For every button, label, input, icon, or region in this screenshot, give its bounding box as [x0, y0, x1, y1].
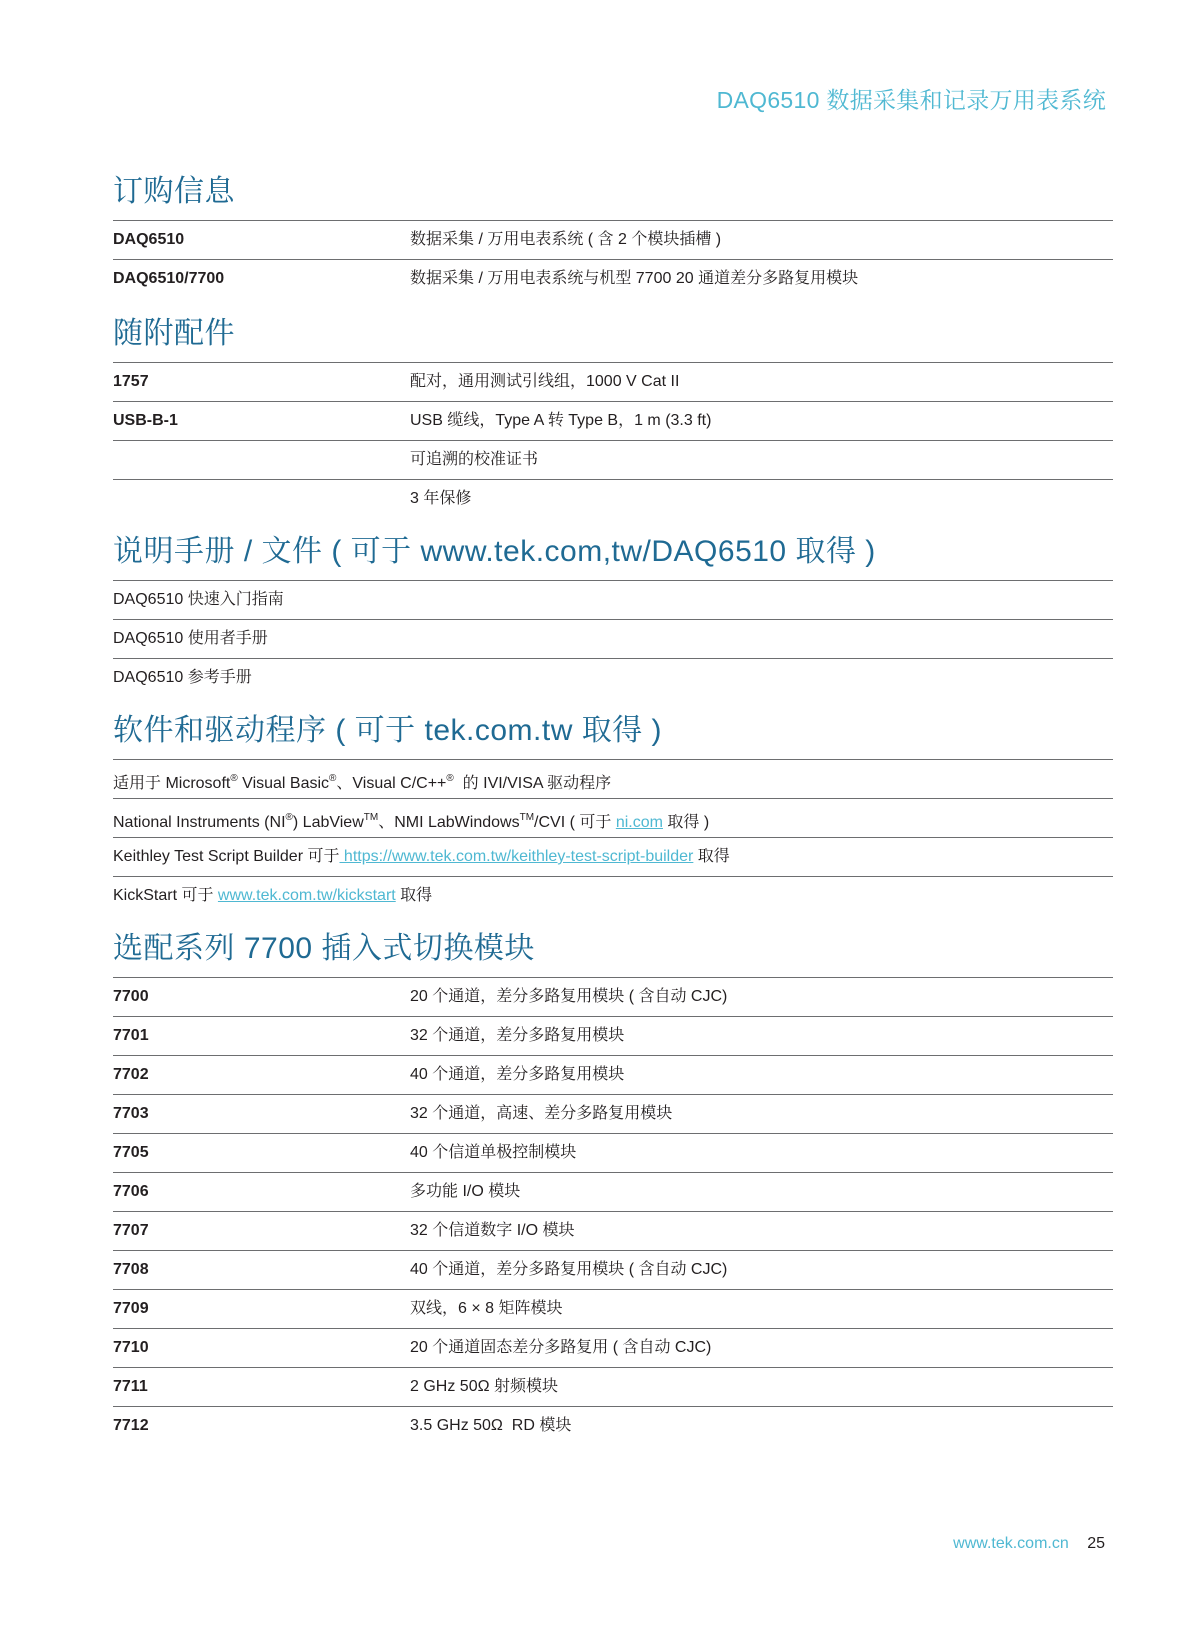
page-header-title: DAQ6510 数据采集和记录万用表系统 — [717, 82, 1106, 115]
module-description: 20 个通道，差分多路复用模块 ( 含自动 CJC) — [410, 978, 1113, 1016]
table-row: DAQ6510/7700 数据采集 / 万用电表系统与机型 7700 20 通道… — [113, 260, 1113, 298]
table-row: Keithley Test Script Builder 可于 https://… — [113, 838, 1113, 877]
section-software: 软件和驱动程序 ( 可于 tek.com.tw 取得 ) 适用于 Microso… — [113, 707, 1113, 915]
manual-title: DAQ6510 参考手册 — [113, 659, 1113, 697]
section-title: 选配系列 7700 插入式切换模块 — [113, 925, 1113, 977]
section-title: 订购信息 — [113, 168, 1113, 220]
tsb-text: Keithley Test Script Builder 可于 https://… — [113, 838, 1113, 876]
model-description: 数据采集 / 万用电表系统 ( 含 2 个模块插槽 ) — [410, 221, 1113, 259]
module-description: 32 个通道，差分多路复用模块 — [410, 1017, 1113, 1055]
registered-mark: ® — [230, 773, 237, 784]
table-row: KickStart 可于 www.tek.com.tw/kickstart 取得 — [113, 877, 1113, 915]
module-description: 40 个通道，差分多路复用模块 ( 含自动 CJC) — [410, 1251, 1113, 1289]
manuals-table: DAQ6510 快速入门指南 DAQ6510 使用者手册 DAQ6510 参考手… — [113, 580, 1113, 697]
module-description: 多功能 I/O 模块 — [410, 1173, 1113, 1211]
module-number: 7701 — [113, 1017, 410, 1055]
test-script-builder-link[interactable]: https://www.tek.com.tw/keithley-test-scr… — [339, 848, 693, 865]
model-number: DAQ6510 — [113, 221, 410, 259]
table-row: 可追溯的校准证书 — [113, 441, 1113, 480]
model-number: DAQ6510/7700 — [113, 260, 410, 298]
manual-title: DAQ6510 使用者手册 — [113, 620, 1113, 658]
accessory-number: USB-B-1 — [113, 402, 410, 440]
accessory-number — [113, 441, 410, 479]
ni-com-link[interactable]: ni.com — [616, 814, 663, 831]
module-description: 32 个信道数字 I/O 模块 — [410, 1212, 1113, 1250]
module-description: 40 个信道单极控制模块 — [410, 1134, 1113, 1172]
section-title: 随附配件 — [113, 310, 1113, 362]
section-title: 说明手册 / 文件 ( 可于 www.tek.com,tw/DAQ6510 取得… — [113, 528, 1113, 580]
kickstart-text: KickStart 可于 www.tek.com.tw/kickstart 取得 — [113, 877, 1113, 915]
table-row: 770132 个通道，差分多路复用模块 — [113, 1017, 1113, 1056]
manual-title: DAQ6510 快速入门指南 — [113, 581, 1113, 619]
text-part: /CVI ( 可于 — [534, 814, 616, 831]
module-number: 7712 — [113, 1407, 410, 1445]
table-row: 3 年保修 — [113, 480, 1113, 518]
accessory-description: 配对，通用测试引线组，1000 V Cat II — [410, 363, 1113, 401]
ivi-driver-text: 适用于 Microsoft® Visual Basic®、Visual C/C+… — [113, 760, 1113, 798]
module-description: 32 个通道，高速、差分多路复用模块 — [410, 1095, 1113, 1133]
text-part: Visual Basic — [238, 775, 329, 792]
software-table: 适用于 Microsoft® Visual Basic®、Visual C/C+… — [113, 759, 1113, 915]
text-part: KickStart 可于 — [113, 887, 218, 904]
model-description: 数据采集 / 万用电表系统与机型 7700 20 通道差分多路复用模块 — [410, 260, 1113, 298]
table-row: USB-B-1 USB 缆线，Type A 转 Type B，1 m (3.3 … — [113, 402, 1113, 441]
section-manuals: 说明手册 / 文件 ( 可于 www.tek.com,tw/DAQ6510 取得… — [113, 528, 1113, 697]
table-row: 770332 个通道，高速、差分多路复用模块 — [113, 1095, 1113, 1134]
text-part: 的 IVI/VISA 驱动程序 — [454, 775, 611, 792]
table-row: 770240 个通道，差分多路复用模块 — [113, 1056, 1113, 1095]
table-row: 771020 个通道固态差分多路复用 ( 含自动 CJC) — [113, 1329, 1113, 1368]
text-part: Keithley Test Script Builder 可于 — [113, 848, 339, 865]
module-description: 2 GHz 50Ω 射频模块 — [410, 1368, 1113, 1406]
registered-mark: ® — [286, 812, 293, 823]
table-row: DAQ6510 快速入门指南 — [113, 581, 1113, 620]
section-accessories: 随附配件 1757 配对，通用测试引线组，1000 V Cat II USB-B… — [113, 310, 1113, 518]
text-part: 取得 — [396, 887, 432, 904]
accessory-number — [113, 480, 410, 518]
table-row: National Instruments (NI®) LabViewTM、NMI… — [113, 799, 1113, 838]
kickstart-link[interactable]: www.tek.com.tw/kickstart — [218, 887, 396, 904]
table-row: 77123.5 GHz 50Ω RD 模块 — [113, 1407, 1113, 1445]
ni-driver-text: National Instruments (NI®) LabViewTM、NMI… — [113, 799, 1113, 837]
module-number: 7703 — [113, 1095, 410, 1133]
table-row: 770840 个通道，差分多路复用模块 ( 含自动 CJC) — [113, 1251, 1113, 1290]
table-row: 770732 个信道数字 I/O 模块 — [113, 1212, 1113, 1251]
section-title: 软件和驱动程序 ( 可于 tek.com.tw 取得 ) — [113, 707, 1113, 759]
module-number: 7710 — [113, 1329, 410, 1367]
module-description: 3.5 GHz 50Ω RD 模块 — [410, 1407, 1113, 1445]
page-footer: www.tek.com.cn 25 — [953, 1535, 1105, 1553]
table-row: DAQ6510 使用者手册 — [113, 620, 1113, 659]
trademark: TM — [520, 812, 534, 823]
accessory-description: 3 年保修 — [410, 480, 1113, 518]
table-row: 7709双线，6 × 8 矩阵模块 — [113, 1290, 1113, 1329]
registered-mark: ® — [446, 773, 453, 784]
page-content: 订购信息 DAQ6510 数据采集 / 万用电表系统 ( 含 2 个模块插槽 )… — [113, 168, 1113, 1455]
accessory-number: 1757 — [113, 363, 410, 401]
text-part: 、NMI LabWindows — [378, 814, 519, 831]
module-description: 双线，6 × 8 矩阵模块 — [410, 1290, 1113, 1328]
section-optional-modules: 选配系列 7700 插入式切换模块 770020 个通道，差分多路复用模块 ( … — [113, 925, 1113, 1445]
table-row: 7706多功能 I/O 模块 — [113, 1173, 1113, 1212]
module-number: 7702 — [113, 1056, 410, 1094]
module-number: 7711 — [113, 1368, 410, 1406]
page-number: 25 — [1087, 1535, 1105, 1552]
table-row: 1757 配对，通用测试引线组，1000 V Cat II — [113, 363, 1113, 402]
module-number: 7708 — [113, 1251, 410, 1289]
footer-website-link[interactable]: www.tek.com.cn — [953, 1535, 1069, 1552]
text-part: 适用于 Microsoft — [113, 775, 230, 792]
table-row: DAQ6510 数据采集 / 万用电表系统 ( 含 2 个模块插槽 ) — [113, 221, 1113, 260]
accessory-description: USB 缆线，Type A 转 Type B，1 m (3.3 ft) — [410, 402, 1113, 440]
table-row: 770540 个信道单极控制模块 — [113, 1134, 1113, 1173]
trademark: TM — [364, 812, 378, 823]
accessories-table: 1757 配对，通用测试引线组，1000 V Cat II USB-B-1 US… — [113, 362, 1113, 518]
table-row: 适用于 Microsoft® Visual Basic®、Visual C/C+… — [113, 760, 1113, 799]
module-number: 7705 — [113, 1134, 410, 1172]
module-number: 7700 — [113, 978, 410, 1016]
table-row: 770020 个通道，差分多路复用模块 ( 含自动 CJC) — [113, 978, 1113, 1017]
module-description: 40 个通道，差分多路复用模块 — [410, 1056, 1113, 1094]
ordering-table: DAQ6510 数据采集 / 万用电表系统 ( 含 2 个模块插槽 ) DAQ6… — [113, 220, 1113, 298]
table-row: DAQ6510 参考手册 — [113, 659, 1113, 697]
text-part: 取得 — [693, 848, 729, 865]
module-number: 7709 — [113, 1290, 410, 1328]
modules-table: 770020 个通道，差分多路复用模块 ( 含自动 CJC) 770132 个通… — [113, 977, 1113, 1445]
accessory-description: 可追溯的校准证书 — [410, 441, 1113, 479]
text-part: 取得 ) — [663, 814, 709, 831]
text-part: 、Visual C/C++ — [336, 775, 446, 792]
module-number: 7706 — [113, 1173, 410, 1211]
text-part: National Instruments (NI — [113, 814, 286, 831]
text-part: ) LabView — [293, 814, 364, 831]
module-number: 7707 — [113, 1212, 410, 1250]
section-ordering-info: 订购信息 DAQ6510 数据采集 / 万用电表系统 ( 含 2 个模块插槽 )… — [113, 168, 1113, 298]
module-description: 20 个通道固态差分多路复用 ( 含自动 CJC) — [410, 1329, 1113, 1367]
table-row: 77112 GHz 50Ω 射频模块 — [113, 1368, 1113, 1407]
